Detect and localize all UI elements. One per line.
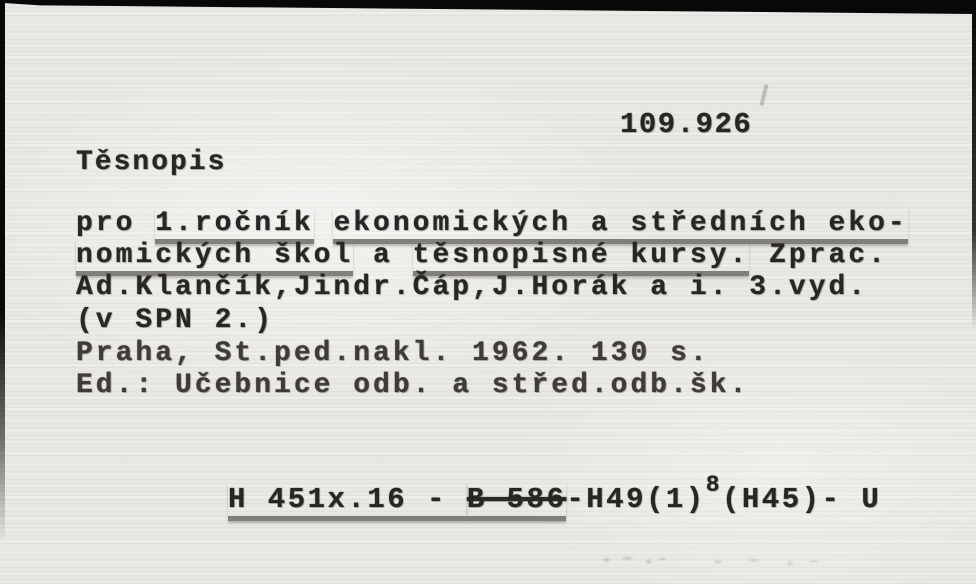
title-line-2-underlined-1: nomických škol — [76, 240, 353, 276]
title-line-1-gap — [314, 208, 334, 239]
paper-crease-mark — [759, 84, 768, 106]
title-line-2-underlined-2: těsnopisné kursy. — [413, 240, 750, 276]
scan-border-right — [972, 0, 976, 330]
scan-border-top — [0, 0, 976, 14]
series-line: Ed.: Učebnice odb. a střed.odb.šk. — [76, 370, 749, 402]
call-number-line: H 451x.16 - B 586-H49(1)8(H45)- U — [228, 482, 881, 519]
catalog-card: 109.926 Těsnopis pro 1.ročník ekonomický… — [0, 0, 976, 584]
accession-number: 109.926 — [620, 108, 752, 141]
title-line-1: pro 1.ročník ekonomických a středních ek… — [76, 208, 908, 240]
call-number-superscript: 8 — [706, 467, 722, 503]
title-line-2-plain: a — [353, 240, 412, 271]
call-number-suffix: (H45)- U — [722, 483, 881, 516]
authors-line: Ad.Klančík,Jindr.Čáp,J.Horák a i. 3.vyd. — [76, 272, 868, 304]
call-number-middle: -H49(1) — [566, 483, 705, 516]
title-line-1-underlined-2: ekonomických a středních eko- — [333, 208, 907, 244]
title-line-2: nomických škol a těsnopisné kursy. Zprac… — [76, 240, 888, 272]
edition-note: (v SPN 2.) — [76, 305, 274, 337]
subject-heading: Těsnopis — [76, 147, 226, 178]
pencil-smudge — [700, 555, 820, 569]
call-number-shelfmark: H 451x.16 - — [228, 483, 467, 521]
title-line-1-plain: pro — [76, 208, 155, 239]
call-number-cancelled: B 586 — [467, 483, 567, 521]
pencil-smudge — [596, 552, 666, 568]
scan-border-left — [0, 0, 5, 560]
title-line-1-underlined-1: 1.ročník — [155, 208, 313, 244]
imprint-line: Praha, St.ped.nakl. 1962. 130 s. — [76, 338, 710, 370]
title-line-2-plain-end: Zprac. — [749, 240, 888, 271]
